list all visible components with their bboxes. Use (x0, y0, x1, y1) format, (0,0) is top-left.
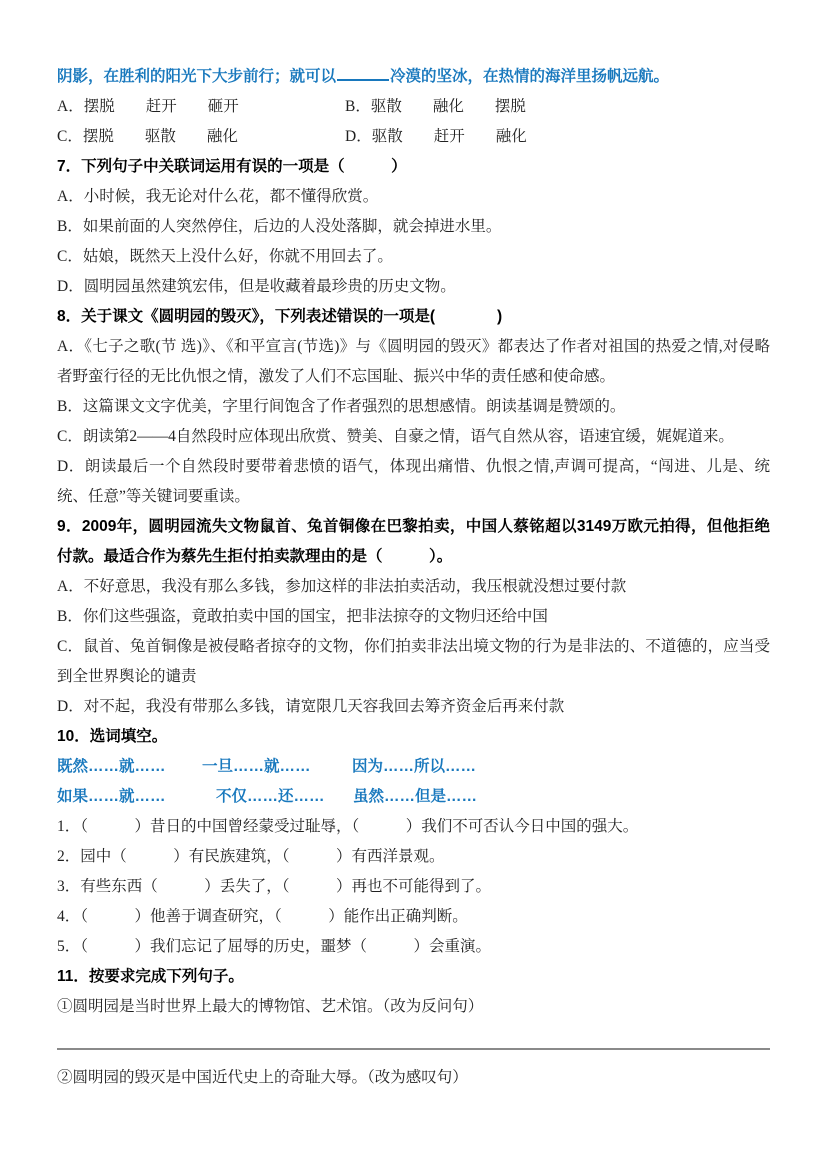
q7-option-a: A．小时候，我无论对什么花，都不懂得欣赏。 (57, 182, 770, 212)
q10-item-5: 5．（ ）我们忘记了屈辱的历史，噩梦（ ）会重演。 (57, 932, 770, 962)
q8-option-b: B．这篇课文文字优美，字里行间饱含了作者强烈的思想感情。朗读基调是赞颂的。 (57, 392, 770, 422)
q11-item-2: ②圆明园的毁灭是中国近代史上的奇耻大辱。（改为感叹句） (57, 1063, 770, 1093)
q9-title: 9．2009年，圆明园流失文物鼠首、兔首铜像在巴黎拍卖，中国人蔡铭超以3149万… (57, 512, 770, 572)
fill-in-blank-line (337, 64, 389, 82)
q10-item-2: 2．园中（ ）有民族建筑，（ ）有西洋景观。 (57, 842, 770, 872)
word-bank-row-1: 既然……就…… 一旦……就…… 因为……所以…… (57, 752, 770, 782)
q9-option-d: D．对不起，我没有带那么多钱，请宽限几天容我回去筹齐资金后再来付款 (57, 692, 770, 722)
q7-option-c: C．姑娘，既然天上没什么好，你就不用回去了。 (57, 242, 770, 272)
q9-option-a: A．不好意思，我没有那么多钱，参加这样的非法拍卖活动，我压根就没想过要付款 (57, 572, 770, 602)
q7-title: 7．下列句子中关联词运用有误的一项是（ ） (57, 152, 770, 182)
word-bank-item: 既然……就…… (57, 752, 202, 782)
q6-option-d: D．驱散 赶开 融化 (345, 122, 770, 152)
q8-title: 8．关于课文《圆明园的毁灭》，下列表述错误的一项是( ) (57, 302, 770, 332)
q10-title: 10．选词填空。 (57, 722, 770, 752)
q9-option-b: B．你们这些强盗，竟敢拍卖中国的国宝，把非法掠夺的文物归还给中国 (57, 602, 770, 632)
q10-item-3: 3．有些东西（ ）丢失了，（ ）再也不可能得到了。 (57, 872, 770, 902)
answer-line (57, 1048, 770, 1050)
q6-option-a: A．摆脱 赶开 砸开 (57, 92, 345, 122)
q8-option-a: A．《七子之歌(节 选)》、《和平宣言(节选)》与《圆明园的毁灭》都表达了作者对… (57, 332, 770, 392)
word-bank-item: 如果……就…… (57, 782, 216, 812)
q7-option-d: D．圆明园虽然建筑宏伟，但是收藏着最珍贵的历史文物。 (57, 272, 770, 302)
q11-item-1: ①圆明园是当时世界上最大的博物馆、艺术馆。（改为反问句） (57, 992, 770, 1022)
word-bank-item: 一旦……就…… (202, 752, 352, 782)
q8-option-c: C．朗读第2——4自然段时应体现出欣赏、赞美、自豪之情，语气自然从容，语速宜缓，… (57, 422, 770, 452)
q8-option-d: D．朗读最后一个自然段时要带着悲愤的语气，体现出痛惜、仇恨之情,声调可提高，“闯… (57, 452, 770, 512)
stem-text-after-blank: 冷漠的坚冰，在热情的海洋里扬帆远航。 (390, 68, 669, 85)
q6-options-row-1: A．摆脱 赶开 砸开 B．驱散 融化 摆脱 (57, 92, 770, 122)
word-bank-item: 因为……所以…… (352, 752, 770, 782)
q7-option-b: B．如果前面的人突然停住，后边的人没处落脚，就会掉进水里。 (57, 212, 770, 242)
q10-item-1: 1．（ ）昔日的中国曾经蒙受过耻辱，（ ）我们不可否认今日中国的强大。 (57, 812, 770, 842)
word-bank-row-2: 如果……就…… 不仅……还…… 虽然……但是…… (57, 782, 770, 812)
q9-option-c: C．鼠首、兔首铜像是被侵略者掠夺的文物，你们拍卖非法出境文物的行为是非法的、不道… (57, 632, 770, 692)
word-bank-item: 虽然……但是…… (353, 782, 770, 812)
q11-title: 11．按要求完成下列句子。 (57, 962, 770, 992)
stem-text-before-blank: 阴影，在胜利的阳光下大步前行；就可以 (57, 68, 336, 85)
q6-option-b: B．驱散 融化 摆脱 (345, 92, 770, 122)
q6-option-c: C．摆脱 驱散 融化 (57, 122, 345, 152)
worksheet-page: 阴影，在胜利的阳光下大步前行；就可以冷漠的坚冰，在热情的海洋里扬帆远航。 A．摆… (0, 0, 826, 1169)
stem-continuation-line: 阴影，在胜利的阳光下大步前行；就可以冷漠的坚冰，在热情的海洋里扬帆远航。 (57, 62, 770, 92)
q6-options-row-2: C．摆脱 驱散 融化 D．驱散 赶开 融化 (57, 122, 770, 152)
word-bank-item: 不仅……还…… (216, 782, 353, 812)
q10-item-4: 4．（ ）他善于调查研究，（ ）能作出正确判断。 (57, 902, 770, 932)
